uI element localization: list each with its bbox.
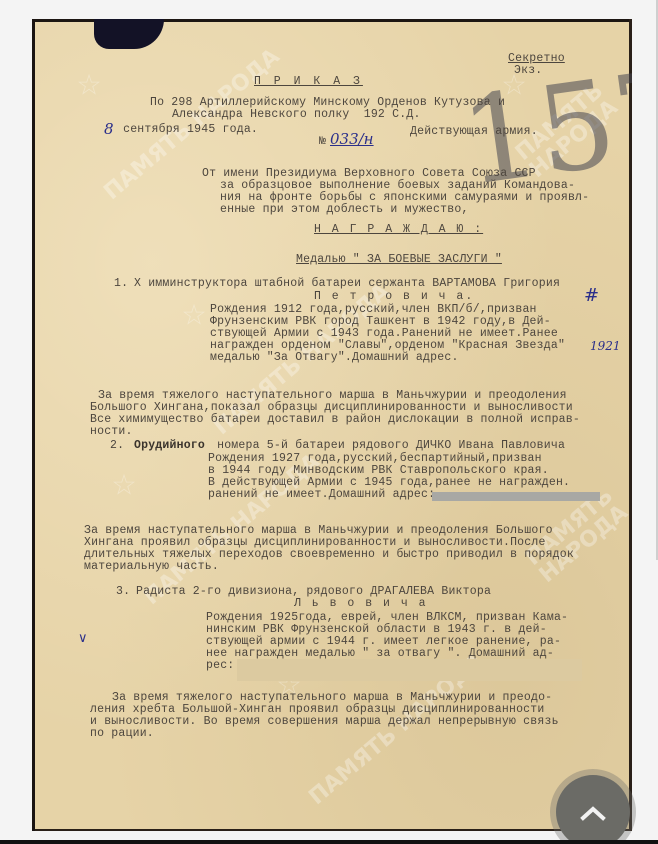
chevron-up-icon xyxy=(580,805,606,821)
citation-line: по рации. xyxy=(90,727,154,740)
margin-note: 1921 xyxy=(590,339,621,353)
entry-patronymic: Л ь в о в и ч а xyxy=(294,597,428,610)
redacted-address xyxy=(237,659,582,681)
torn-corner xyxy=(94,19,164,49)
award-heading: Н А Г Р А Ж Д А Ю : xyxy=(314,223,483,236)
watermark-star-icon: ☆ xyxy=(182,289,206,338)
scroll-to-top-button[interactable] xyxy=(556,775,630,844)
entry-number: 3. xyxy=(116,585,130,598)
order-number: 033/н xyxy=(330,130,374,148)
citation-line: ности. xyxy=(90,425,133,438)
date-day: 8 xyxy=(104,120,114,138)
entry-bio-line: рес: xyxy=(206,659,234,672)
order-number-prefix: № xyxy=(319,135,326,148)
margin-mark: # xyxy=(584,285,599,306)
order-location: Действующая армия. xyxy=(410,125,538,138)
header-line-2: Александра Невского полку 192 С.Д. xyxy=(172,108,421,121)
entry-title-bold: Орудийного xyxy=(134,439,205,452)
order-date: сентября 1945 года. xyxy=(116,123,258,136)
citation-line: Все химимущество батареи доставил в райо… xyxy=(90,413,580,426)
entry-number: 2. xyxy=(110,439,124,452)
redacted-address xyxy=(432,492,600,501)
entry-number: 1. xyxy=(114,277,128,290)
document-title: П Р И К А З xyxy=(254,75,363,88)
copy-number: Экз. xyxy=(514,64,542,77)
citation-line: материальную часть. xyxy=(84,560,219,573)
watermark-star-icon: ☆ xyxy=(112,459,136,508)
preamble-line: енные при этом доблесть и мужество, xyxy=(220,203,469,216)
watermark-star-icon: ☆ xyxy=(77,59,101,108)
archival-document-page: ☆ ПАМЯТЬ НАРОДА ☆ ПАМЯТЬ НАРОДА ☆ ПАМЯТЬ… xyxy=(32,19,632,831)
entry-patronymic: П е т р о в и ч а. xyxy=(314,290,474,303)
entry-title: Х имминструктора штабной батареи сержант… xyxy=(134,277,560,290)
margin-mark: ∨ xyxy=(78,631,88,646)
citation-line: и выносливости. Во время совершения марш… xyxy=(90,715,559,728)
entry-bio-line: медалью "За Отвагу".Домашний адрес. xyxy=(210,351,459,364)
entry-title: номера 5-й батареи рядового ДИЧКО Ивана … xyxy=(210,439,565,452)
bottom-bar xyxy=(0,840,658,844)
medal-heading: Медалью " ЗА БОЕВЫЕ ЗАСЛУГИ " xyxy=(296,253,502,266)
entry-bio-line: ранений не имеет.Домашний адрес: xyxy=(208,488,435,501)
